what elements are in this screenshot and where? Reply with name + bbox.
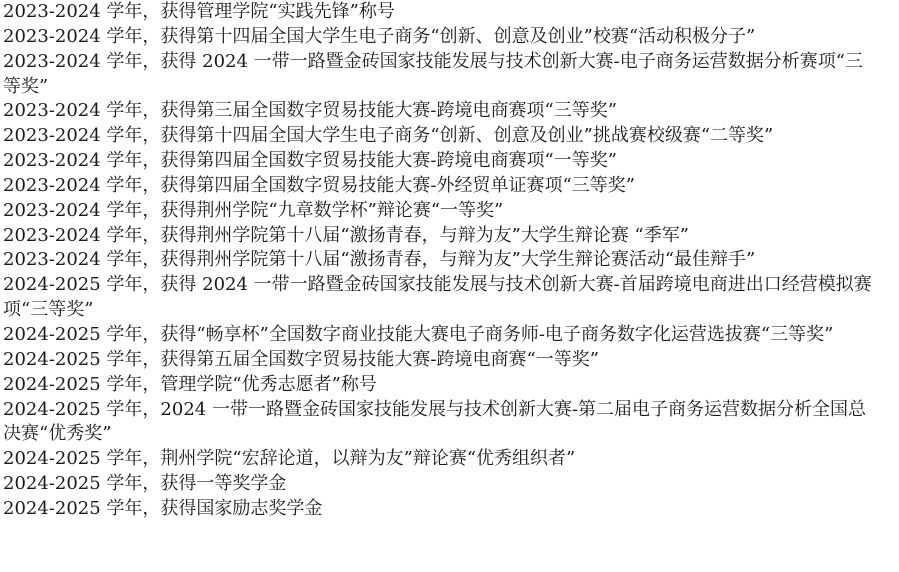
- award-item: 2024-2025 学年，荆州学院“宏辞论道，以辩为友”辩论赛“优秀组织者”: [3, 447, 880, 472]
- award-item: 2024-2025 学年，获得“畅享杯”全国数字商业技能大赛电子商务师-电子商务…: [3, 323, 880, 348]
- award-item: 2024-2025 学年，管理学院“优秀志愿者”称号: [3, 373, 880, 398]
- award-item: 2024-2025 学年，获得国家励志奖学金: [3, 497, 880, 522]
- award-item: 2024-2025 学年，获得一等奖学金: [3, 472, 880, 497]
- award-item: 2024-2025 学年，2024 一带一路暨金砖国家技能发展与技术创新大赛-第…: [3, 398, 880, 448]
- award-item: 2023-2024 学年，获得第四届全国数字贸易技能大赛-外经贸单证赛项“三等奖…: [3, 174, 880, 199]
- award-item: 2023-2024 学年，获得第十四届全国大学生电子商务“创新、创意及创业”挑战…: [3, 124, 880, 149]
- award-item: 2023-2024 学年，获得第三届全国数字贸易技能大赛-跨境电商赛项“三等奖”: [3, 99, 880, 124]
- award-item: 2023-2024 学年，获得荆州学院第十八届“激扬青春，与辩为友”大学生辩论赛…: [3, 248, 880, 273]
- award-item: 2024-2025 学年，获得第五届全国数字贸易技能大赛-跨境电商赛“一等奖”: [3, 348, 880, 373]
- award-item: 2023-2024 学年，获得荆州学院“九章数学杯”辩论赛“一等奖”: [3, 199, 880, 224]
- awards-document: 2023-2024 学年，获得管理学院“实践先锋”称号 2023-2024 学年…: [0, 0, 880, 522]
- award-item: 2023-2024 学年，获得 2024 一带一路暨金砖国家技能发展与技术创新大…: [3, 50, 880, 100]
- award-item: 2023-2024 学年，获得荆州学院第十八届“激扬青春，与辩为友”大学生辩论赛…: [3, 224, 880, 249]
- award-item: 2023-2024 学年，获得第十四届全国大学生电子商务“创新、创意及创业”校赛…: [3, 25, 880, 50]
- award-item: 2024-2025 学年，获得 2024 一带一路暨金砖国家技能发展与技术创新大…: [3, 273, 880, 323]
- award-item: 2023-2024 学年，获得第四届全国数字贸易技能大赛-跨境电商赛项“一等奖”: [3, 149, 880, 174]
- award-item: 2023-2024 学年，获得管理学院“实践先锋”称号: [3, 0, 880, 25]
